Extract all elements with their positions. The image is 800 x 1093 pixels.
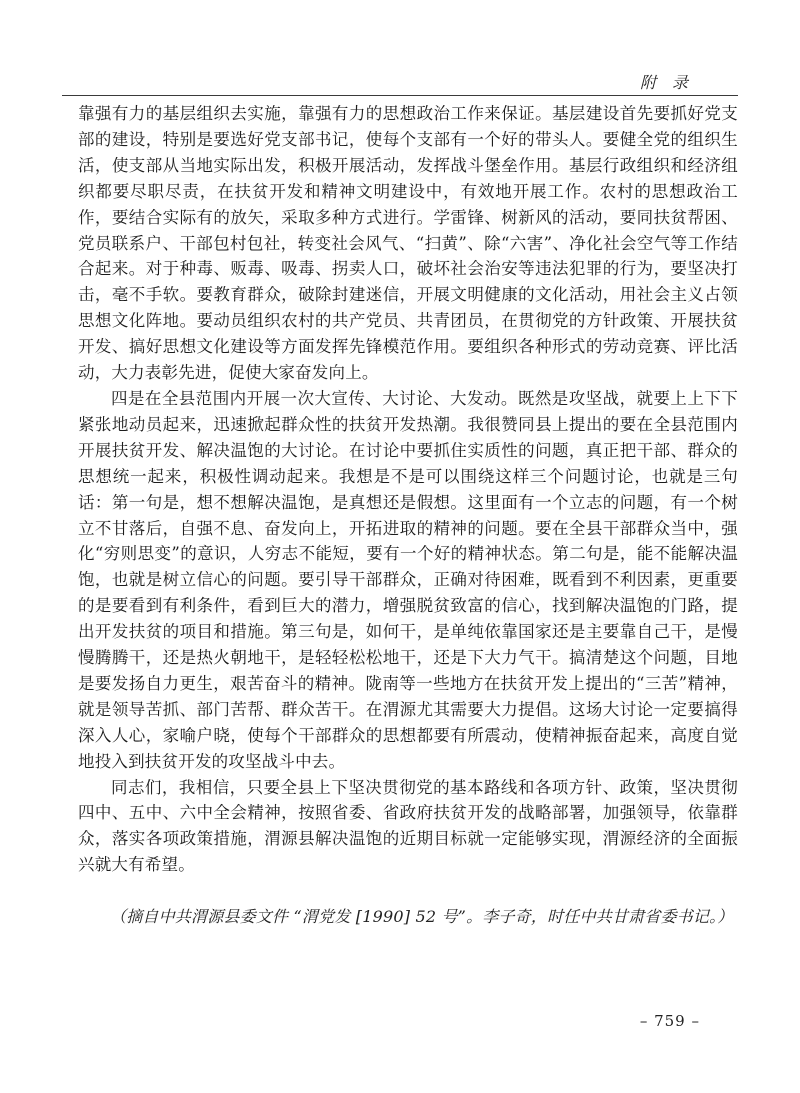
paragraph: 四是在全县范围内开展一次大宣传、大讨论、大发动。既然是攻坚战，就要上上下下紧张地… bbox=[78, 386, 738, 775]
header-rule bbox=[62, 95, 738, 96]
page-header: 附 录 bbox=[640, 70, 688, 93]
page-footer: – 759 – bbox=[640, 1012, 700, 1030]
source-citation: （摘自中共渭源县委文件 “渭党发 [1990] 52 号”。李子奇，时任中共甘肃… bbox=[78, 904, 738, 929]
running-head: 附 录 bbox=[640, 73, 688, 92]
document-page: 附 录 靠强有力的基层组织去实施，靠强有力的思想政治工作来保证。基层建设首先要抓… bbox=[0, 0, 800, 1093]
paragraph: 同志们，我相信，只要全县上下坚决贯彻党的基本路线和各项方针、政策，坚决贯彻四中、… bbox=[78, 775, 738, 879]
paragraph-continuation: 靠强有力的基层组织去实施，靠强有力的思想政治工作来保证。基层建设首先要抓好党支部… bbox=[78, 101, 738, 386]
page-number: – 759 – bbox=[640, 1012, 700, 1030]
body-text: 靠强有力的基层组织去实施，靠强有力的思想政治工作来保证。基层建设首先要抓好党支部… bbox=[78, 101, 738, 929]
